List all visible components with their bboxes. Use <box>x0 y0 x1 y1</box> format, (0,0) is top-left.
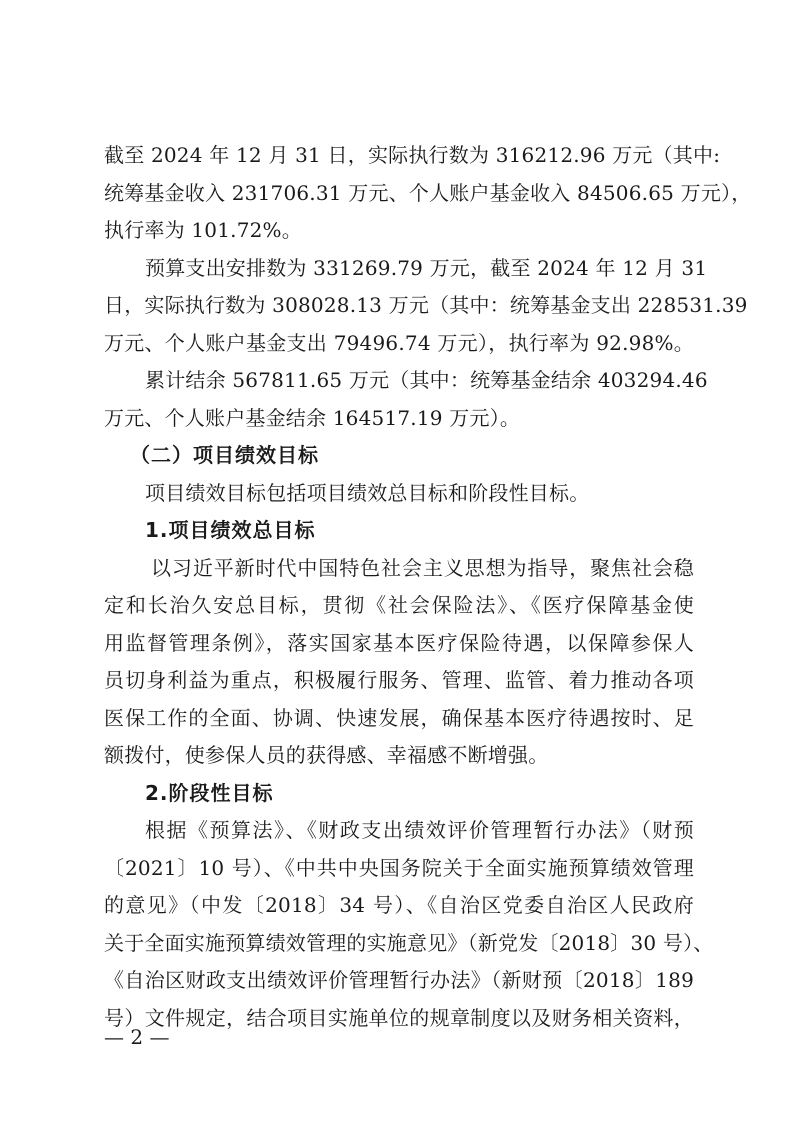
paragraph-line: 关于全面实施预算绩效管理的实施意见》（新党发〔2018〕30 号）、 <box>104 925 694 962</box>
paragraph-line: 统筹基金收入 231706.31 万元、个人账户基金收入 84506.65 万元… <box>104 175 694 212</box>
paragraph-line: 《自治区财政支出绩效评价管理暂行办法》（新财预〔2018〕189 <box>104 962 694 999</box>
subsection-heading: 1.项目绩效总目标 <box>145 512 685 549</box>
paragraph-line: 额拨付，使参保人员的获得感、幸福感不断增强。 <box>104 737 694 774</box>
paragraph-line: 员切身利益为重点，积极履行服务、管理、监管、着力推动各项 <box>104 662 694 699</box>
paragraph-line: 执行率为 101.72%。 <box>104 212 694 249</box>
paragraph-line: 项目绩效目标包括项目绩效总目标和阶段性目标。 <box>145 475 694 512</box>
paragraph-line: 日，实际执行数为 308028.13 万元（其中：统筹基金支出 228531.3… <box>104 287 694 324</box>
section-heading: （二）项目绩效目标 <box>130 437 690 474</box>
paragraph-line: 号）文件规定，结合项目实施单位的规章制度以及财务相关资料， <box>104 1000 694 1037</box>
paragraph-line: 医保工作的全面、协调、快速发展，确保基本医疗待遇按时、足 <box>104 700 694 737</box>
paragraph-line: 根据《预算法》、《财政支出绩效评价管理暂行办法》（财预 <box>145 812 694 849</box>
paragraph-line: 万元、个人账户基金结余 164517.19 万元）。 <box>104 400 694 437</box>
subsection-heading: 2.阶段性目标 <box>145 775 685 812</box>
paragraph-line: 定和长治久安总目标，贯彻《社会保险法》、《医疗保障基金使 <box>104 587 694 624</box>
paragraph-line: 截至 2024 年 12 月 31 日，实际执行数为 316212.96 万元（… <box>104 137 694 174</box>
paragraph-line: 用监督管理条例》，落实国家基本医疗保险待遇，以保障参保人 <box>104 625 694 662</box>
paragraph-line: 预算支出安排数为 331269.79 万元，截至 2024 年 12 月 31 <box>145 250 694 287</box>
paragraph-line: 万元、个人账户基金支出 79496.74 万元），执行率为 92.98%。 <box>104 325 694 362</box>
document-page: 截至 2024 年 12 月 31 日，实际执行数为 316212.96 万元（… <box>0 0 793 1122</box>
paragraph-line: 以习近平新时代中国特色社会主义思想为指导，聚焦社会稳 <box>151 550 694 587</box>
paragraph-line: 〔2021〕10 号）、《中共中央国务院关于全面实施预算绩效管理 <box>104 850 694 887</box>
page-number: — 2 — <box>104 1022 169 1052</box>
paragraph-line: 的意见》（中发〔2018〕34 号）、《自治区党委自治区人民政府 <box>104 887 694 924</box>
paragraph-line: 累计结余 567811.65 万元（其中：统筹基金结余 403294.46 <box>145 362 694 399</box>
